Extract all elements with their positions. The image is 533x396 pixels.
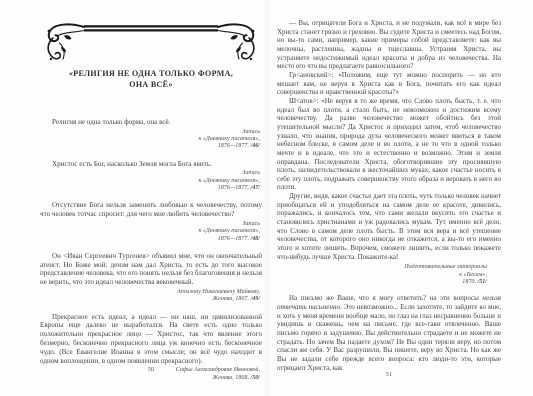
quote-text: Христос есть Бог, насколько Земля могла … (40, 160, 262, 169)
page-number-left: 50 (40, 366, 262, 373)
quote-block-4: Он <Иван Сергеевич Тургенев> объявил мне… (40, 252, 262, 304)
source-addressee: Аполлону Николаевичу Майкову, (40, 289, 260, 296)
quote-source: Запись к «Дневнику писателя», 1876—1877.… (40, 221, 260, 243)
quote-text: Отсутствие Бога нельзя заменить любовью … (40, 201, 262, 219)
quote-block-2: Христос есть Бог, насколько Земля могла … (40, 160, 262, 193)
quote-block-3: Отсутствие Бога нельзя заменить любовью … (40, 201, 262, 242)
book-spread: «РЕЛИГИЯ НЕ ОДНА ТОЛЬКО ФОРМА, ОНА ВСЁ» … (0, 0, 533, 396)
source-date: Женева, 1868. /50/ (40, 375, 260, 382)
left-page: «РЕЛИГИЯ НЕ ОДНА ТОЛЬКО ФОРМА, ОНА ВСЁ» … (40, 22, 262, 391)
source-ref-number: /47/ (251, 185, 260, 191)
quote-source: Запись к «Дневнику писателя», 1876—1877.… (40, 170, 260, 192)
source-ref-number: /48/ (251, 236, 260, 242)
right-page: — Вы, отрицатели Бога и Христа, и не под… (277, 19, 501, 372)
source-date: 1870. /51/ (277, 279, 487, 286)
page-gutter (262, 0, 272, 396)
paragraph-dialogue-intro: — Вы, отрицатели Бога и Христа, и не под… (277, 19, 501, 71)
quote-block-1: Религия не одна только форма, она всё. З… (40, 118, 262, 151)
chapter-ornament-rule-icon (40, 22, 262, 64)
quote-text: Он <Иван Сергеевич Тургенев> объявил мне… (40, 252, 262, 287)
source-type: Подготовительные материалы (277, 264, 487, 271)
source-type: Запись (40, 221, 260, 228)
source-ref-number: /50/ (251, 375, 260, 381)
paragraph-shatov: Ш<атов>: «Не веруя в то же время, что Сл… (277, 97, 501, 192)
chapter-title: «РЕЛИГИЯ НЕ ОДНА ТОЛЬКО ФОРМА, ОНА ВСЁ» (40, 68, 262, 90)
source-work: к «Дневнику писателя», (40, 136, 260, 143)
source-type: Запись (40, 170, 260, 177)
source-work: к «Дневнику писателя», (40, 228, 260, 235)
source-ref-number: /51/ (478, 279, 487, 285)
source-ref-number: /46/ (251, 143, 260, 149)
paragraph-letter-reply: На письмо же Ваше, что я могу ответить? … (277, 294, 501, 372)
paragraph-shatov-continued: Другие, видя, какое счастье дает эта пло… (277, 192, 501, 261)
source-ref-number: /49/ (251, 296, 260, 302)
paragraph-granovsky: Гр<ановский>: «Положим, еще тут можно по… (277, 71, 501, 97)
source-date: 1876—1877. /48/ (40, 236, 260, 243)
chapter-title-line2: ОНА ВСЁ» (40, 79, 262, 90)
quotes-list: Религия не одна только форма, она всё. З… (40, 118, 262, 382)
source-work: к «Бесам», (277, 272, 487, 279)
source-type: Запись (40, 129, 260, 136)
source-work: к «Дневнику писателя», (40, 178, 260, 185)
quote-source: Аполлону Николаевичу Майкову, Женева, 18… (40, 289, 260, 304)
source-date: 1876—1877. /47/ (40, 185, 260, 192)
chapter-title-line1: «РЕЛИГИЯ НЕ ОДНА ТОЛЬКО ФОРМА, (40, 68, 262, 79)
page-number-right: 51 (277, 371, 501, 378)
quote-text: Прекрасное есть идеал, а идеал — ни наш,… (40, 313, 262, 366)
source-date: 1876—1877. /46/ (40, 143, 260, 150)
quote-source: Запись к «Дневнику писателя», 1876—1877.… (40, 129, 260, 151)
quote-text: Религия не одна только форма, она всё. (40, 118, 262, 127)
quote-source: Подготовительные материалы к «Бесам», 18… (277, 264, 487, 286)
source-date: Женева, 1867. /49/ (40, 296, 260, 303)
